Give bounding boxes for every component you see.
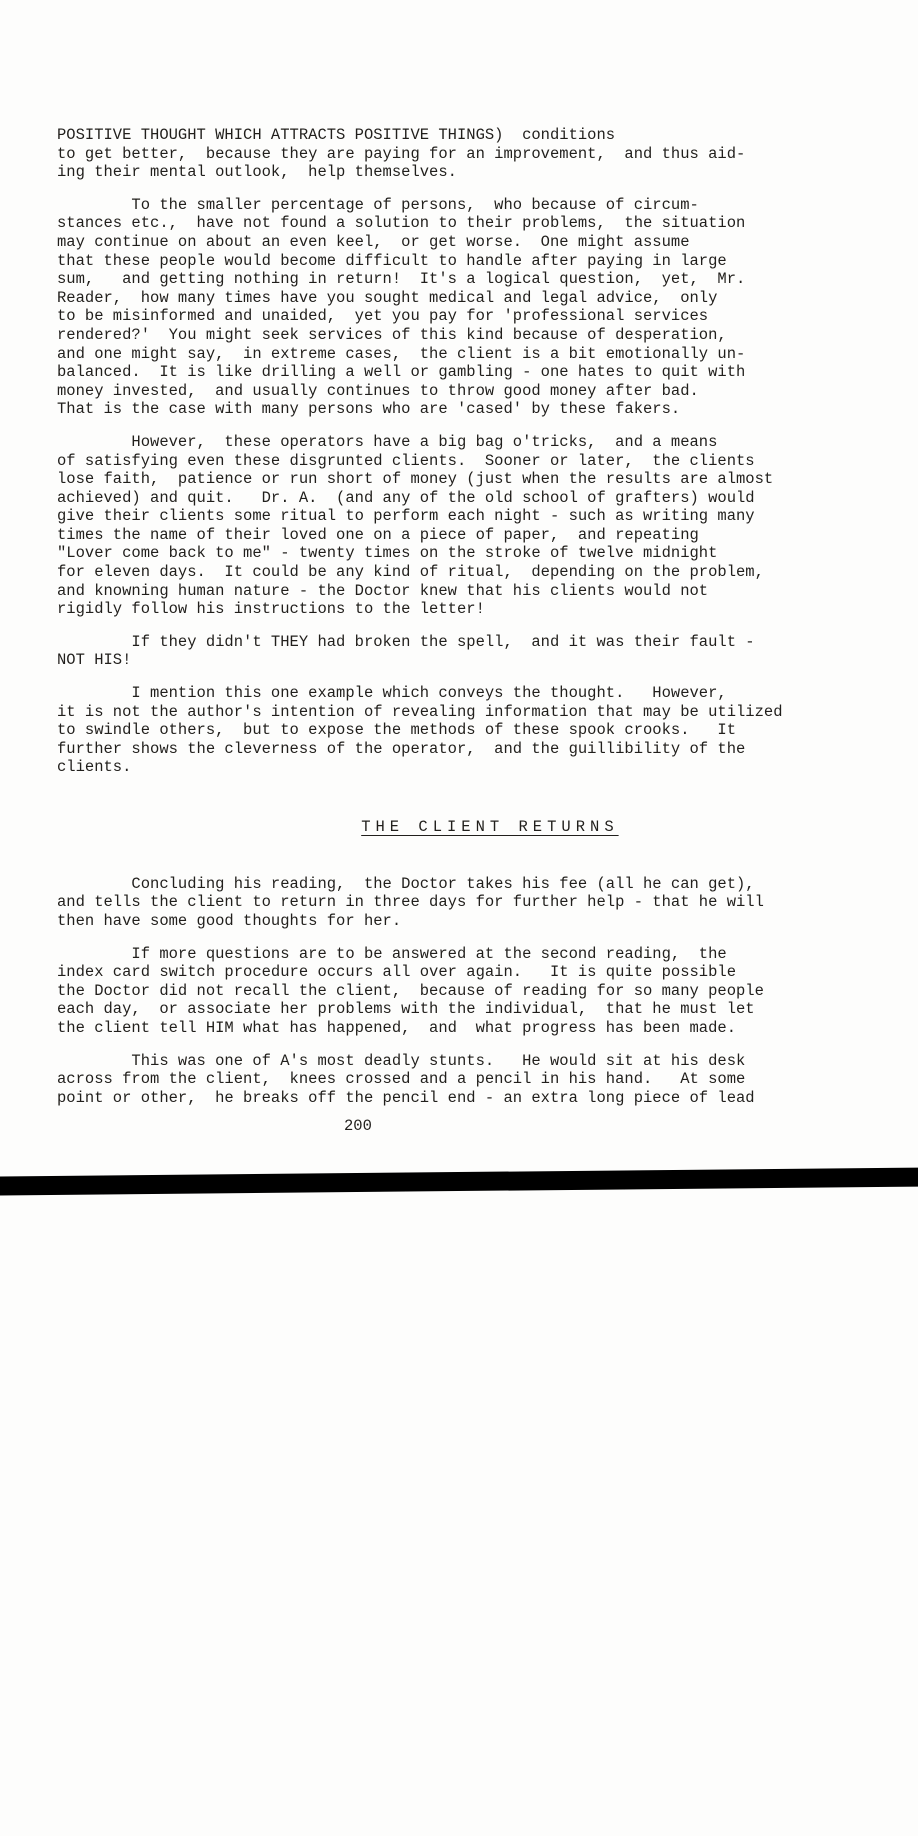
section-heading: THE CLIENT RETURNS bbox=[57, 799, 867, 855]
section-heading-text: THE CLIENT RETURNS bbox=[361, 818, 618, 836]
paragraph-operators-tricks: However, these operators have a big bag … bbox=[57, 433, 867, 619]
paragraph-broken-spell: If they didn't THEY had broken the spell… bbox=[57, 633, 867, 670]
paragraph-deadly-stunt: This was one of A's most deadly stunts. … bbox=[57, 1052, 867, 1108]
paragraph-concluding-reading: Concluding his reading, the Doctor takes… bbox=[57, 875, 867, 931]
text-block: POSITIVE THOUGHT WHICH ATTRACTS POSITIVE… bbox=[57, 126, 867, 1107]
paragraph-second-reading: If more questions are to be answered at … bbox=[57, 945, 867, 1038]
paragraph-positive-thought: POSITIVE THOUGHT WHICH ATTRACTS POSITIVE… bbox=[57, 126, 867, 182]
scan-artifact-black-bar bbox=[0, 1167, 918, 1195]
page-number: 200 bbox=[344, 1117, 372, 1136]
scanned-book-page: POSITIVE THOUGHT WHICH ATTRACTS POSITIVE… bbox=[0, 0, 918, 1836]
paragraph-smaller-percentage: To the smaller percentage of persons, wh… bbox=[57, 196, 867, 419]
paragraph-author-intention: I mention this one example which conveys… bbox=[57, 684, 867, 777]
